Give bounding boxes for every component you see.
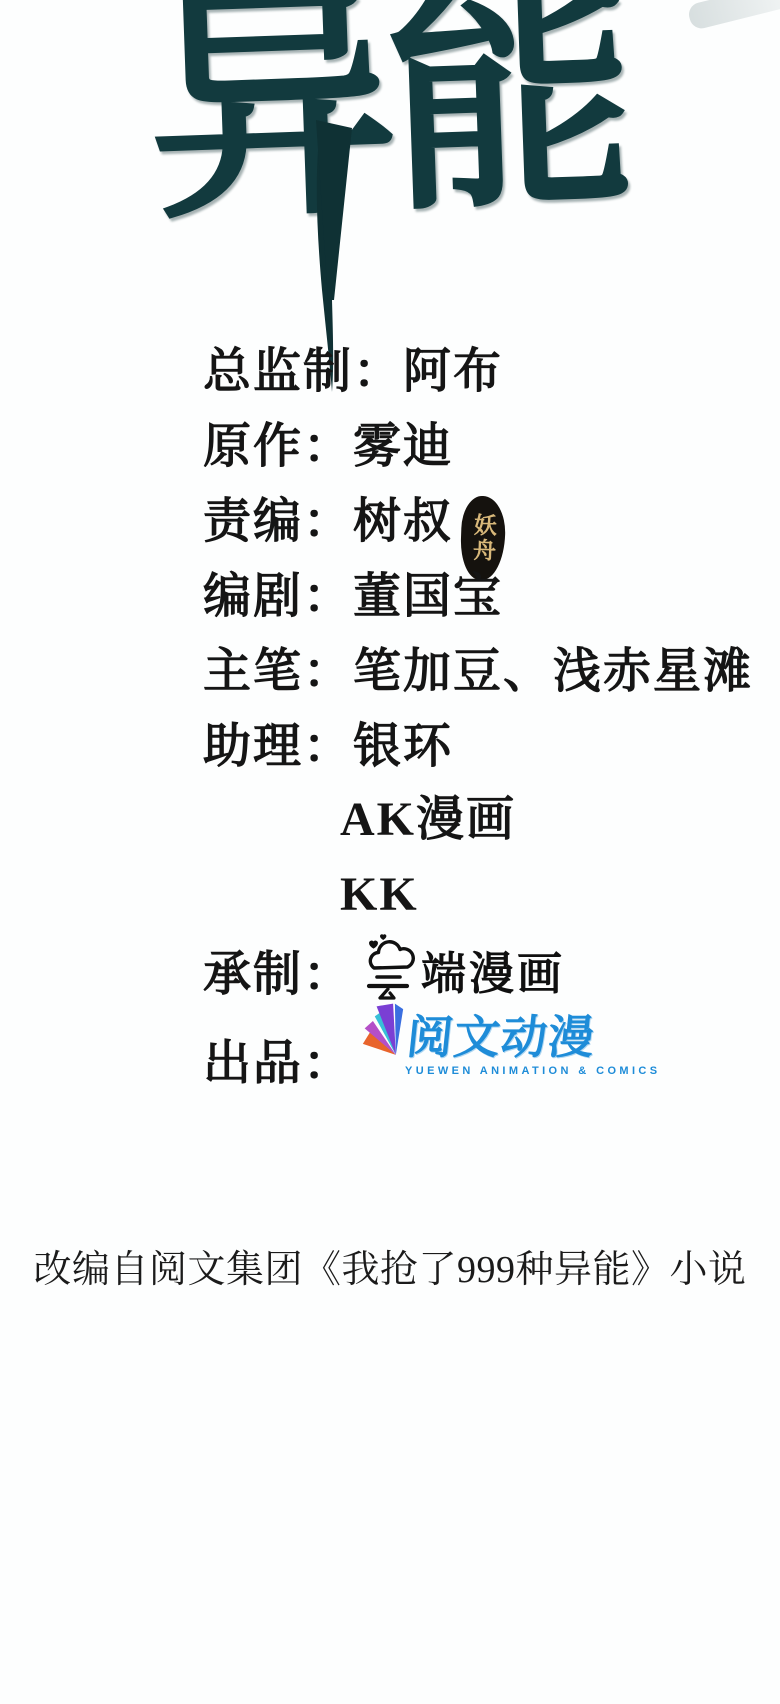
credit-value: 笔加豆、浅赤星滩 (353, 645, 753, 698)
credit-value: 雾迪 (353, 420, 453, 473)
credit-value: 树叔 (353, 495, 453, 548)
credit-value: 阿布 (403, 345, 503, 398)
credit-value: 董国宝 (353, 570, 503, 623)
credit-row-original-author: 原作：雾迪 (203, 421, 453, 473)
publisher-row: 出品： 阅文动漫 YUEWEN ANIMATION & COMICS (203, 1002, 661, 1093)
starburst-icon (361, 1002, 405, 1062)
credit-row-supervisor: 总监制：阿布 (203, 346, 503, 398)
burst-ray-blue (395, 1004, 403, 1055)
producer-row: 承制： 端漫画 (203, 934, 565, 1004)
credit-label: 原作： (203, 420, 353, 473)
credit-row-editor: 责编：树叔妖舟 (203, 496, 505, 580)
credit-label: 总监制： (203, 345, 403, 398)
credit-value: AK漫画 (340, 793, 516, 846)
credit-label: 责编： (203, 495, 353, 548)
credit-label: 编剧： (203, 570, 353, 623)
credit-row-screenwriter: 编剧：董国宝 (203, 571, 503, 623)
credit-value: 银环 (353, 720, 453, 773)
ink-seal-stamp: 妖舟 (460, 495, 507, 580)
publisher-label: 出品： (203, 1024, 353, 1093)
cloud-comics-logo: 端漫画 (359, 934, 565, 1004)
adaptation-note: 改编自阅文集团《我抢了999种异能》小说 (0, 1238, 780, 1293)
credit-label: 助理： (203, 720, 353, 773)
publisher-brand-text: 阅文动漫 (404, 1012, 597, 1062)
producer-label: 承制： (203, 935, 353, 1004)
brush-stroke-descender-icon (0, 0, 780, 400)
credit-value: KK (340, 868, 419, 921)
credit-label: 主笔： (203, 645, 353, 698)
publisher-subtitle: YUEWEN ANIMATION & COMICS (405, 1065, 661, 1077)
credit-row-lead-artist: 主笔：笔加豆、浅赤星滩 (203, 646, 753, 698)
credit-row-assistant: 助理：银环 (203, 721, 453, 773)
seal-text: 妖舟 (471, 513, 496, 564)
credit-row-assistant-2: AK漫画 (203, 794, 516, 846)
cloud-heart-icon (359, 934, 419, 1004)
title-calligraphy: 异能 (0, 0, 780, 400)
producer-brand-text: 端漫画 (421, 937, 565, 1002)
yuewen-logo-top: 阅文动漫 (361, 1002, 661, 1062)
credit-row-assistant-3: KK (203, 869, 419, 921)
yuewen-animation-logo: 阅文动漫 YUEWEN ANIMATION & COMICS (361, 1002, 661, 1077)
brush-fragment-icon (686, 0, 780, 31)
comic-credits-page: { "title": { "text": "异能" }, "credits": … (0, 0, 780, 1704)
title-text: 异能 (142, 0, 630, 266)
